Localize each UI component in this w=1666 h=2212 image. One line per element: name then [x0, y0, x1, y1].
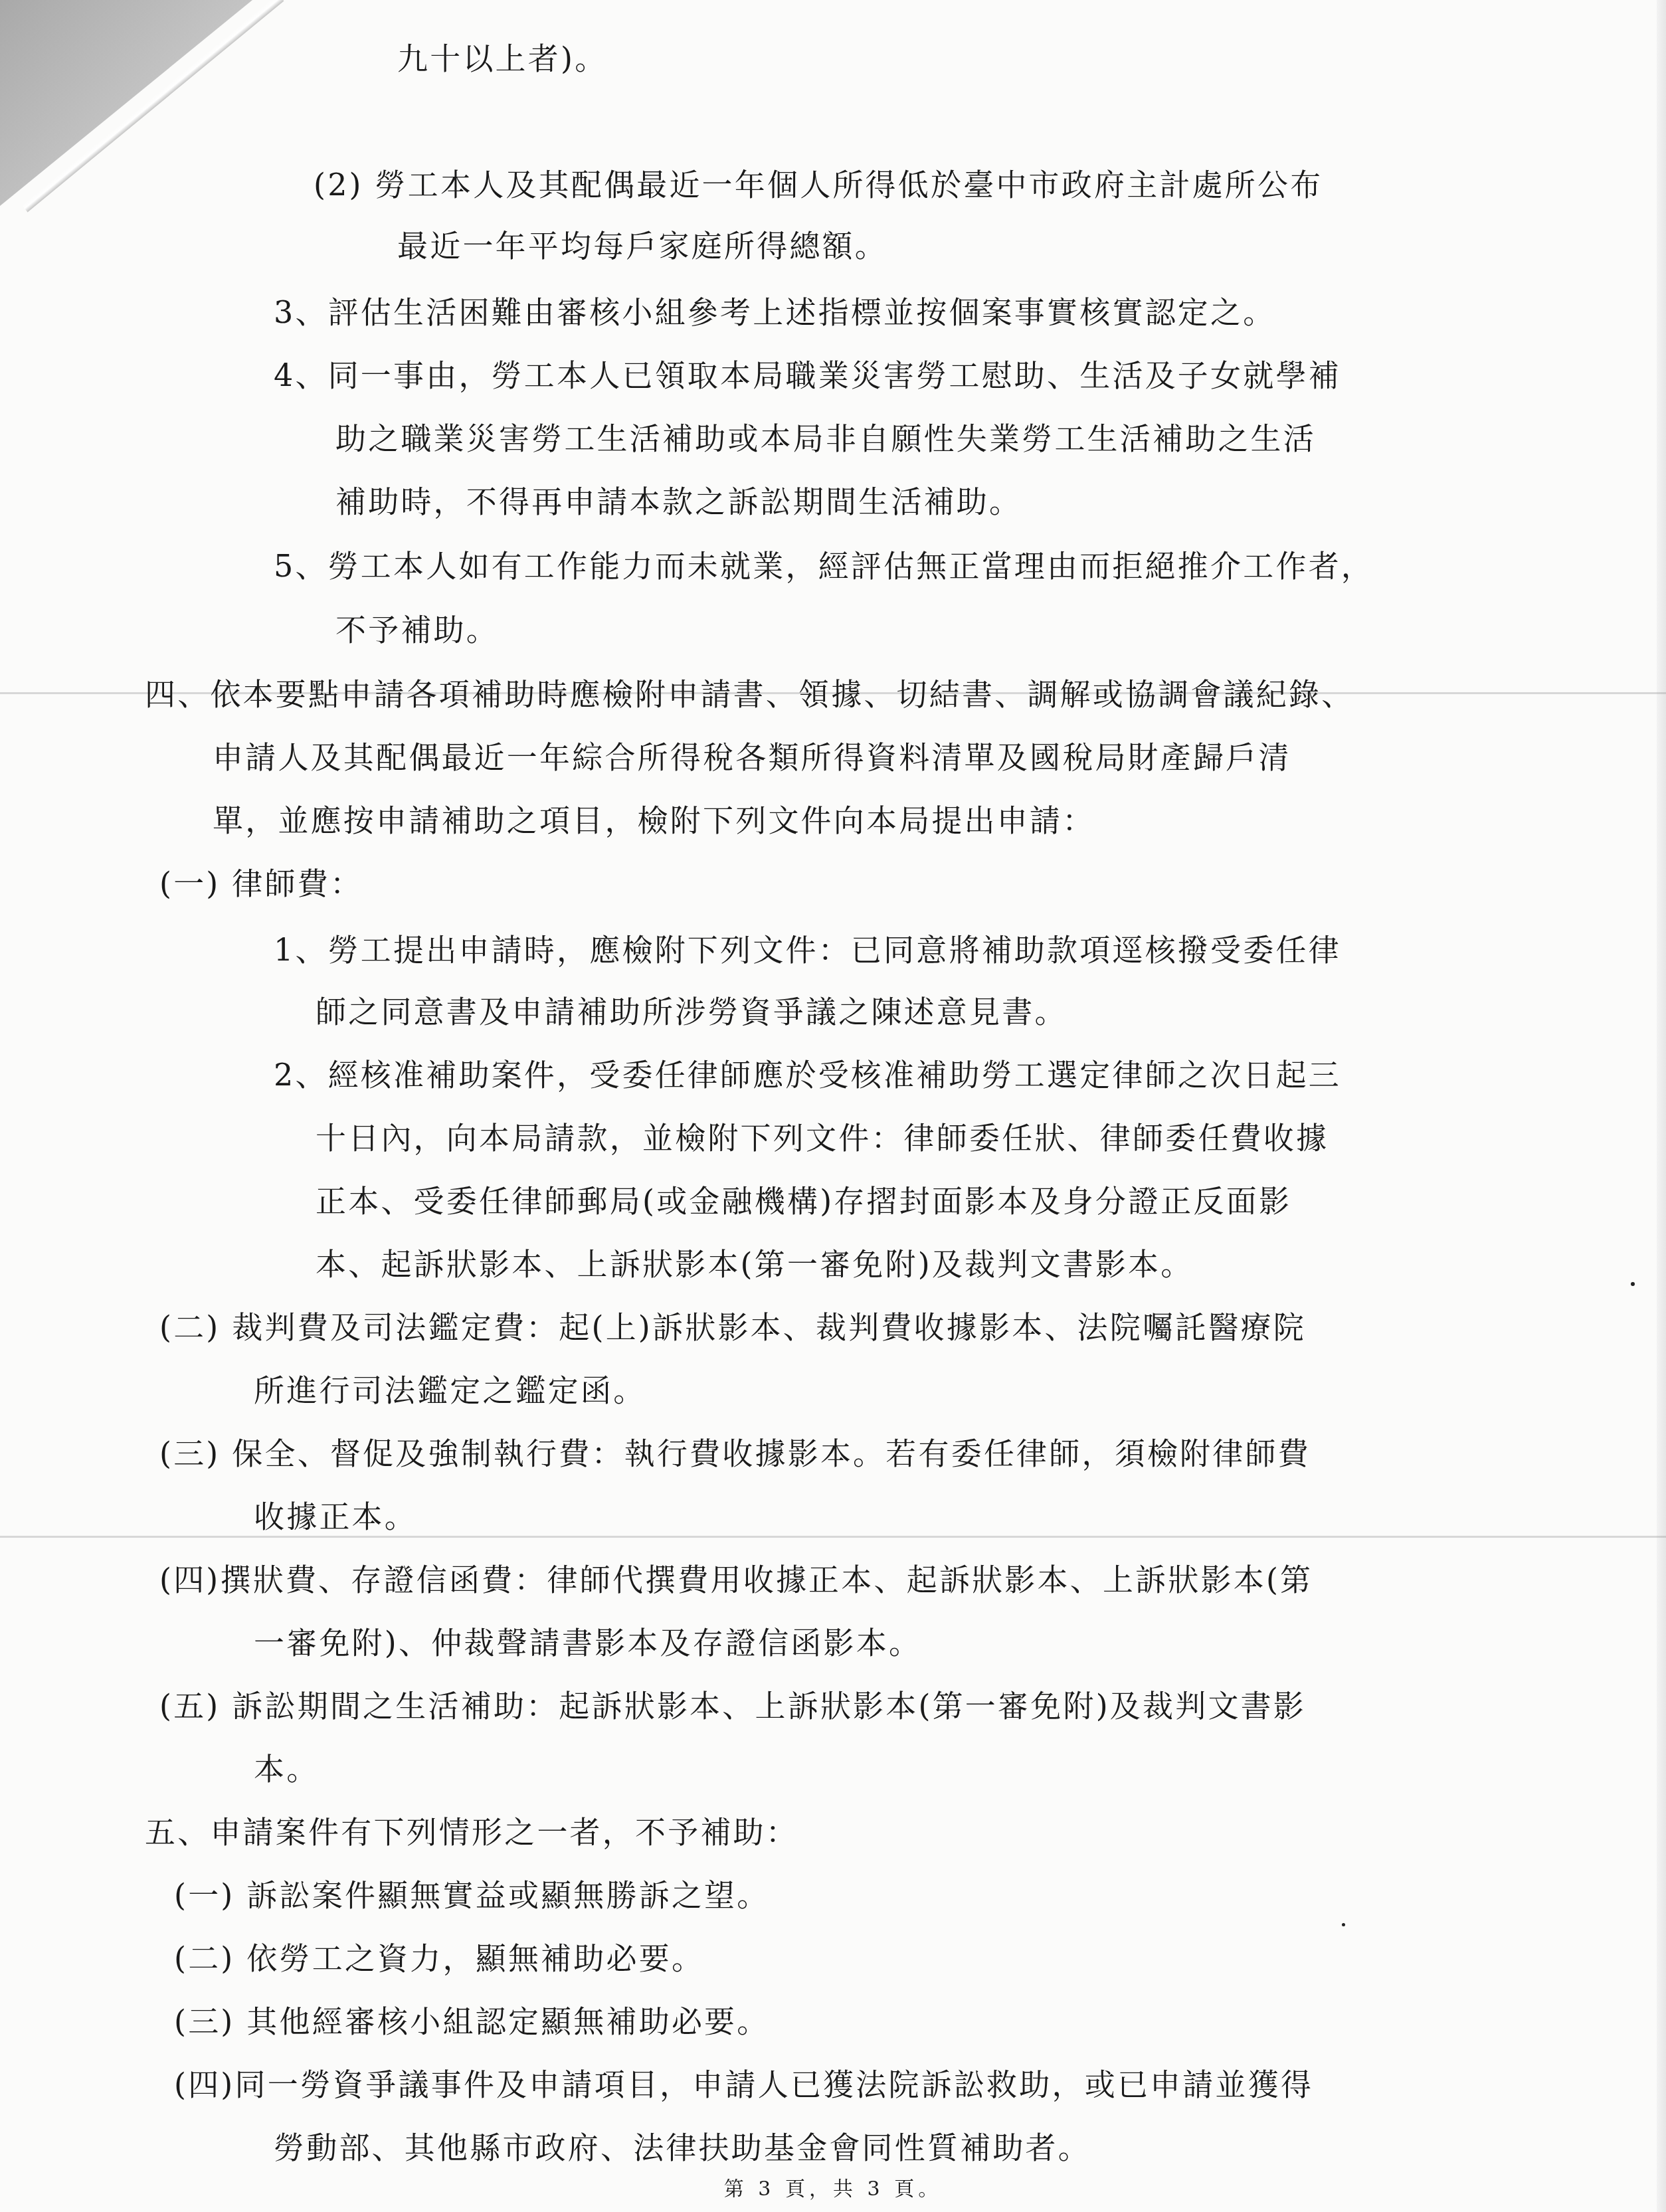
document-line: 1、勞工提出申請時，應檢附下列文件：已同意將補助款項逕核撥受委任律 — [274, 930, 1341, 970]
document-line: 四、依本要點申請各項補助時應檢附申請書、領據、切結書、調解或協調會議紀錄、 — [145, 674, 1354, 714]
document-line: (四)同一勞資爭議事件及申請項目，申請人已獲法院訴訟救助，或已申請並獲得 — [174, 2065, 1313, 2104]
document-line: (五) 訴訟期間之生活補助：起訴狀影本、上訴狀影本(第一審免附)及裁判文書影 — [159, 1686, 1306, 1726]
paper-crease-bottom — [0, 1536, 1666, 1538]
document-line: 師之同意書及申請補助所涉勞資爭議之陳述意見書。 — [316, 992, 1067, 1032]
document-line: 勞動部、其他縣市政府、法律扶助基金會同性質補助者。 — [274, 2128, 1091, 2167]
document-line: 最近一年平均每戶家庭所得總額。 — [397, 226, 887, 266]
page-footer: 第 3 頁，共 3 頁。 — [0, 2172, 1666, 2201]
page-right-edge — [1657, 0, 1666, 2212]
document-line: 九十以上者)。 — [397, 39, 607, 78]
document-line: (一) 訴訟案件顯無實益或顯無勝訴之望。 — [174, 1875, 770, 1915]
document-line: 2、經核准補助案件，受委任律師應於受核准補助勞工選定律師之次日起三 — [274, 1055, 1341, 1095]
document-line: 本、起訴狀影本、上訴狀影本(第一審免附)及裁判文書影本。 — [316, 1244, 1194, 1284]
document-line: 收據正本。 — [254, 1497, 417, 1536]
document-line: 正本、受委任律師郵局(或金融機構)存摺封面影本及身分證正反面影 — [316, 1181, 1291, 1221]
document-line: 5、勞工本人如有工作能力而未就業，經評估無正當理由而拒絕推介工作者， — [274, 546, 1374, 586]
scan-speck — [1342, 1923, 1345, 1926]
document-line: (四)撰狀費、存證信函費：律師代撰費用收據正本、起訴狀影本、上訴狀影本(第 — [159, 1560, 1313, 1600]
document-line: (一) 律師費： — [159, 864, 363, 903]
document-line: (三) 其他經審核小組認定顯無補助必要。 — [174, 2001, 770, 2041]
document-line: (二) 裁判費及司法鑑定費：起(上)訴狀影本、裁判費收據影本、法院囑託醫療院 — [159, 1307, 1306, 1347]
document-line: (2) 勞工本人及其配偶最近一年個人所得低於臺中市政府主計處所公布 — [314, 165, 1323, 205]
document-line: 一審免附)、仲裁聲請書影本及存證信函影本。 — [254, 1623, 921, 1663]
document-line: 本。 — [254, 1749, 319, 1789]
document-line: 單，並應按申請補助之項目，檢附下列文件向本局提出申請： — [213, 800, 1095, 840]
document-line: 補助時，不得再申請本款之訴訟期間生活補助。 — [335, 482, 1022, 521]
document-line: 助之職業災害勞工生活補助或本局非自願性失業勞工生活補助之生活 — [335, 418, 1316, 458]
document-line: 3、評估生活困難由審核小組參考上述指標並按個案事實核實認定之。 — [274, 292, 1275, 332]
document-line: 所進行司法鑑定之鑑定函。 — [254, 1370, 646, 1410]
document-line: 五、申請案件有下列情形之一者，不予補助： — [145, 1812, 798, 1852]
scan-speck — [1631, 1282, 1635, 1286]
document-line: (二) 依勞工之資力，顯無補助必要。 — [174, 1938, 704, 1978]
document-line: 申請人及其配偶最近一年綜合所得稅各類所得資料清單及國稅局財產歸戶清 — [213, 737, 1291, 777]
document-line: (三) 保全、督促及強制執行費：執行費收據影本。若有委任律師，須檢附律師費 — [159, 1433, 1311, 1473]
document-line: 4、同一事由，勞工本人已領取本局職業災害勞工慰助、生活及子女就學補 — [274, 355, 1341, 395]
folded-page-corner — [0, 0, 252, 206]
document-line: 十日內，向本局請款，並檢附下列文件：律師委任狀、律師委任費收據 — [316, 1118, 1329, 1158]
document-line: 不予補助。 — [335, 610, 499, 650]
